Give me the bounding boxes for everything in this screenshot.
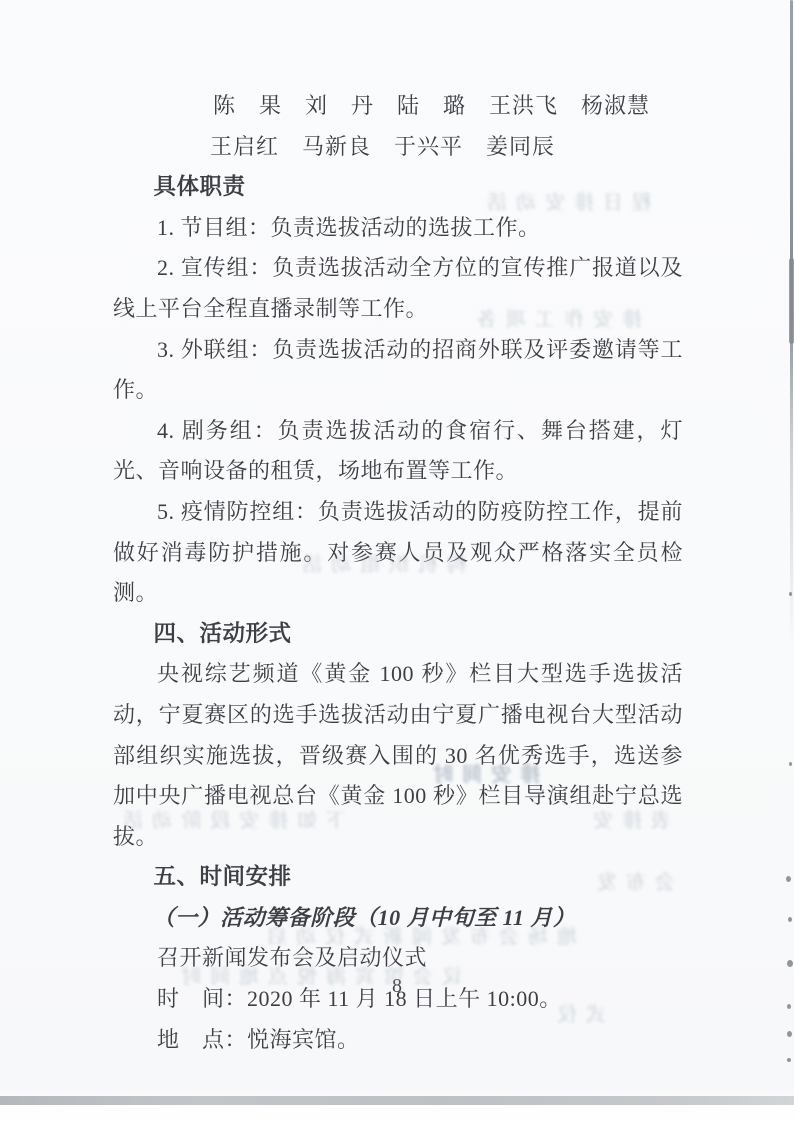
bleedthrough-mark: 下如排安段阶动活 — [114, 804, 346, 833]
scan-speck — [787, 960, 793, 967]
duty-item-3: 3. 外联组：负责选拔活动的招商外联及评委邀请等工作。 — [113, 330, 683, 411]
names-line-2: 王启红 马新良 于兴平 姜同辰 — [113, 127, 683, 168]
scan-speck — [787, 1031, 792, 1037]
scan-speck — [788, 917, 792, 922]
duty-item-4: 4. 剧务组：负责选拔活动的食宿行、舞台搭建，灯光、音响设备的租赁，场地布置等工… — [113, 411, 683, 492]
bleedthrough-mark: 会布发 — [588, 866, 675, 895]
bleedthrough-mark: 排安间时 — [424, 758, 540, 787]
scan-bottom-margin — [0, 1105, 794, 1122]
scan-speck — [789, 592, 792, 596]
bleedthrough-mark: 表排安 — [584, 804, 671, 833]
bleedthrough-mark: 式仪 — [548, 998, 606, 1027]
scan-speck — [787, 1004, 791, 1009]
names-line-1: 陈 果 刘 丹 陆 璐 王洪飞 杨淑慧 — [113, 86, 683, 127]
document-page: 陈 果 刘 丹 陆 璐 王洪飞 杨淑慧 王启红 马新良 于兴平 姜同辰 具体职责… — [0, 0, 794, 1122]
bleedthrough-mark: 程日排安动活 — [478, 186, 652, 215]
bleedthrough-mark: 议会馆宾海悦点地间时 — [172, 960, 462, 989]
scan-edge-right-blob — [789, 258, 794, 344]
scan-speck — [787, 1058, 791, 1062]
heading-section-4: 四、活动形式 — [113, 614, 683, 655]
bleedthrough-mark: 排安作工项各 — [468, 303, 642, 332]
scan-edge-bottom-shadow — [0, 1096, 794, 1105]
scan-speck — [786, 876, 791, 882]
bleedthrough-mark: 地场会布发闻新式仪动启 — [258, 920, 577, 949]
bleedthrough-mark: 构机织组动活 — [293, 548, 467, 577]
scan-speck — [789, 762, 792, 766]
